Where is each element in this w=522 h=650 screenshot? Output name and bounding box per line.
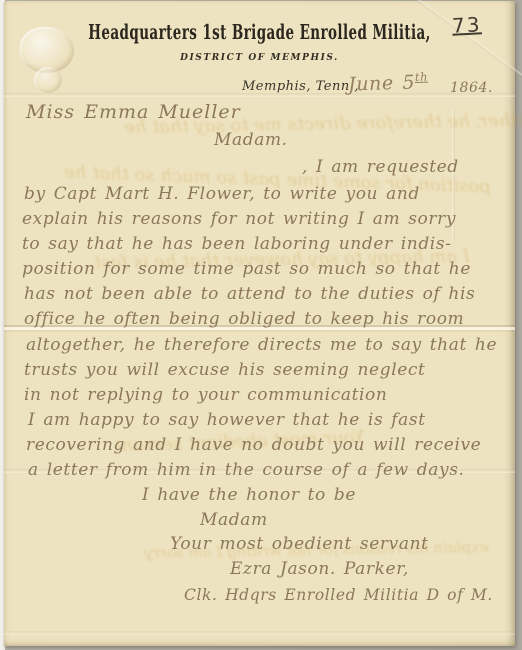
closing-line: Your most obedient servant: [170, 534, 429, 554]
letter-page: altogether, he therefore directs me to s…: [4, 1, 515, 646]
date-suffix: th: [415, 70, 429, 84]
handwritten-year: 1864.: [450, 80, 493, 96]
handwritten-line: recovering and I have no doubt you will …: [26, 435, 481, 455]
signature-title-line: Clk. Hdqrs Enrolled Militia D of M.: [184, 586, 493, 604]
closing-line: Madam: [200, 510, 268, 530]
salutation-line: Madam.: [214, 130, 288, 150]
handwritten-line: a letter from him in the course of a few…: [28, 460, 465, 480]
recipient-line: Miss Emma Mueller: [26, 101, 241, 123]
handwritten-line: explain his reasons for not writing I am…: [22, 209, 456, 229]
letterhead-place: Memphis, Tenn.,: [242, 79, 359, 94]
signature-line: Ezra Jason. Parker,: [230, 559, 409, 579]
date-day: June 5: [348, 71, 416, 95]
closing-line: I have the honor to be: [142, 485, 356, 505]
handwritten-line: , I am requested: [302, 157, 459, 177]
handwritten-line: by Capt Mart H. Flower, to write you and: [24, 184, 420, 204]
handwritten-line: altogether, he therefore directs me to s…: [26, 335, 497, 355]
handwritten-line: office he often being obliged to keep hi…: [24, 309, 464, 329]
handwritten-line: I am happy to say however that he is fas…: [28, 410, 426, 430]
handwritten-line: position for some time past so much so t…: [22, 259, 471, 279]
fold-crease: [4, 631, 515, 635]
handwritten-line: in not replying to your communication: [24, 385, 387, 405]
handwritten-line: trusts you will excuse his seeming negle…: [24, 360, 425, 380]
letterhead-subtitle: DISTRICT OF MEMPHIS.: [4, 53, 515, 63]
scanned-letter-screenshot: { "page_number": "73", "letterhead": { "…: [0, 0, 522, 650]
handwritten-line: to say that he has been laboring under i…: [22, 234, 452, 254]
handwritten-date: June 5th: [348, 70, 429, 96]
letterhead-title: Headquarters 1st Brigade Enrolled Militi…: [4, 21, 515, 45]
handwritten-line: has not been able to attend to the dutie…: [24, 284, 475, 304]
